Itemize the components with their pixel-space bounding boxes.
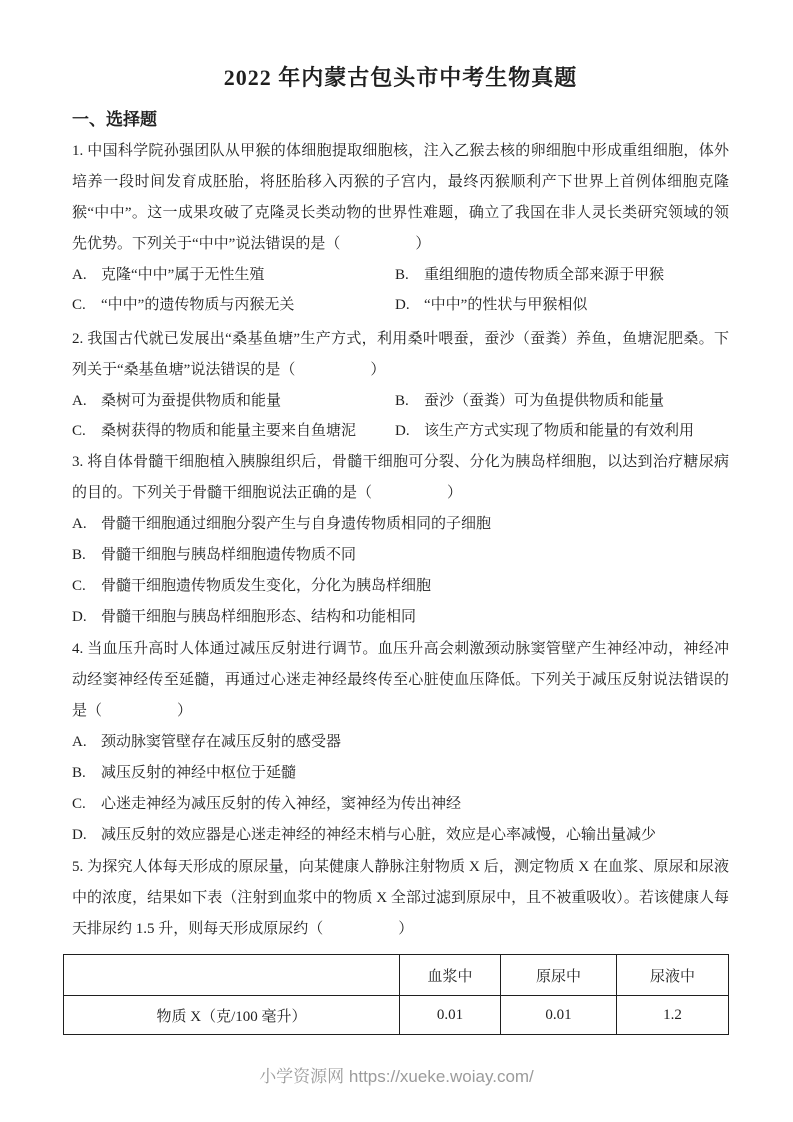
- substance-concentration-table: 血浆中 原尿中 尿液中 物质 X（克/100 毫升） 0.01 0.01 1.2: [63, 954, 729, 1035]
- question-4-options: A.颈动脉窦管壁存在减压反射的感受器 B.减压反射的神经中枢位于延髓 C.心迷走…: [72, 727, 729, 851]
- question-5: 5. 为探究人体每天形成的原尿量，向某健康人静脉注射物质 X 后，测定物质 X …: [72, 852, 729, 1035]
- option-text: “中中”的遗传物质与丙猴无关: [101, 297, 294, 313]
- table-corner-cell: [64, 955, 400, 996]
- option-label: C.: [72, 416, 94, 446]
- option-text: 克隆“中中”属于无性生殖: [101, 267, 264, 283]
- question-1-option-b: B.重组细胞的遗传物质全部来源于甲猴: [395, 260, 664, 290]
- option-text: 桑树获得的物质和能量主要来自鱼塘泥: [101, 423, 356, 439]
- question-2-option-c: C.桑树获得的物质和能量主要来自鱼塘泥: [72, 416, 395, 446]
- question-1: 1. 中国科学院孙强团队从甲猴的体细胞提取细胞核，注入乙猴去核的卵细胞中形成重组…: [72, 136, 729, 320]
- question-2-option-d: D.该生产方式实现了物质和能量的有效利用: [395, 416, 694, 446]
- table-header-row: 血浆中 原尿中 尿液中: [64, 955, 729, 996]
- watermark-footer: 小学资源网 https://xueke.woiay.com/: [0, 1062, 793, 1087]
- footer-site-link[interactable]: 小学资源网 https://xueke.woiay.com/: [259, 1067, 534, 1086]
- table-header-urine: 尿液中: [617, 955, 729, 996]
- question-2: 2. 我国古代就已发展出“桑基鱼塘”生产方式，利用桑叶喂蚕，蚕沙（蚕粪）养鱼，鱼…: [72, 324, 729, 446]
- option-row: A.克隆“中中”属于无性生殖 B.重组细胞的遗传物质全部来源于甲猴: [72, 260, 729, 290]
- option-text: 颈动脉窦管壁存在减压反射的感受器: [101, 734, 341, 750]
- question-4-stem: 4. 当血压升高时人体通过减压反射进行调节。血压升高会刺激颈动脉窦管壁产生神经冲…: [72, 634, 729, 727]
- option-label: B.: [72, 758, 94, 789]
- question-3-option-d: D.骨髓干细胞与胰岛样细胞形态、结构和功能相同: [72, 602, 729, 633]
- option-label: D.: [395, 416, 417, 446]
- question-4-option-a: A.颈动脉窦管壁存在减压反射的感受器: [72, 727, 729, 758]
- option-row: C.桑树获得的物质和能量主要来自鱼塘泥 D.该生产方式实现了物质和能量的有效利用: [72, 416, 729, 446]
- question-1-stem: 1. 中国科学院孙强团队从甲猴的体细胞提取细胞核，注入乙猴去核的卵细胞中形成重组…: [72, 136, 729, 260]
- option-text: 骨髓干细胞与胰岛样细胞形态、结构和功能相同: [101, 609, 416, 625]
- option-label: A.: [72, 260, 94, 290]
- option-row: C.“中中”的遗传物质与丙猴无关 D.“中中”的性状与甲猴相似: [72, 290, 729, 320]
- question-2-option-a: A.桑树可为蚕提供物质和能量: [72, 386, 395, 416]
- table-value-plasma: 0.01: [400, 996, 501, 1035]
- question-3: 3. 将自体骨髓干细胞植入胰腺组织后，骨髓干细胞可分裂、分化为胰岛样细胞，以达到…: [72, 447, 729, 633]
- page-title: 2022 年内蒙古包头市中考生物真题: [72, 0, 729, 93]
- question-4-option-d: D.减压反射的效应器是心迷走神经的神经末梢与心脏，效应是心率减慢，心输出量减少: [72, 820, 729, 851]
- question-3-option-b: B.骨髓干细胞与胰岛样细胞遗传物质不同: [72, 540, 729, 571]
- option-text: 减压反射的效应器是心迷走神经的神经末梢与心脏，效应是心率减慢，心输出量减少: [101, 827, 656, 843]
- table-value-primary-urine: 0.01: [501, 996, 617, 1035]
- question-2-stem: 2. 我国古代就已发展出“桑基鱼塘”生产方式，利用桑叶喂蚕，蚕沙（蚕粪）养鱼，鱼…: [72, 324, 729, 386]
- question-3-stem: 3. 将自体骨髓干细胞植入胰腺组织后，骨髓干细胞可分裂、分化为胰岛样细胞，以达到…: [72, 447, 729, 509]
- option-label: C.: [72, 789, 94, 820]
- option-label: B.: [72, 540, 94, 571]
- section-heading-choice: 一、选择题: [72, 107, 729, 132]
- exam-page: 2022 年内蒙古包头市中考生物真题 一、选择题 1. 中国科学院孙强团队从甲猴…: [0, 0, 793, 1122]
- question-2-option-b: B.蚕沙（蚕粪）可为鱼提供物质和能量: [395, 386, 664, 416]
- option-text: 骨髓干细胞与胰岛样细胞遗传物质不同: [101, 547, 356, 563]
- option-text: 该生产方式实现了物质和能量的有效利用: [424, 423, 694, 439]
- question-2-options: A.桑树可为蚕提供物质和能量 B.蚕沙（蚕粪）可为鱼提供物质和能量 C.桑树获得…: [72, 386, 729, 446]
- option-label: A.: [72, 727, 94, 758]
- option-label: B.: [395, 386, 417, 416]
- question-1-option-c: C.“中中”的遗传物质与丙猴无关: [72, 290, 395, 320]
- option-label: D.: [395, 290, 417, 320]
- option-row: A.桑树可为蚕提供物质和能量 B.蚕沙（蚕粪）可为鱼提供物质和能量: [72, 386, 729, 416]
- question-3-option-a: A.骨髓干细胞通过细胞分裂产生与自身遗传物质相同的子细胞: [72, 509, 729, 540]
- option-text: 桑树可为蚕提供物质和能量: [101, 393, 281, 409]
- question-5-stem: 5. 为探究人体每天形成的原尿量，向某健康人静脉注射物质 X 后，测定物质 X …: [72, 852, 729, 945]
- table-value-urine: 1.2: [617, 996, 729, 1035]
- question-3-options: A.骨髓干细胞通过细胞分裂产生与自身遗传物质相同的子细胞 B.骨髓干细胞与胰岛样…: [72, 509, 729, 633]
- question-4-option-c: C.心迷走神经为减压反射的传入神经，窦神经为传出神经: [72, 789, 729, 820]
- option-label: C.: [72, 571, 94, 602]
- option-label: C.: [72, 290, 94, 320]
- option-text: 骨髓干细胞通过细胞分裂产生与自身遗传物质相同的子细胞: [101, 516, 491, 532]
- table-data-row: 物质 X（克/100 毫升） 0.01 0.01 1.2: [64, 996, 729, 1035]
- table-header-plasma: 血浆中: [400, 955, 501, 996]
- option-text: 心迷走神经为减压反射的传入神经，窦神经为传出神经: [101, 796, 461, 812]
- option-label: D.: [72, 602, 94, 633]
- option-text: “中中”的性状与甲猴相似: [424, 297, 587, 313]
- question-1-option-a: A.克隆“中中”属于无性生殖: [72, 260, 395, 290]
- option-text: 重组细胞的遗传物质全部来源于甲猴: [424, 267, 664, 283]
- option-text: 蚕沙（蚕粪）可为鱼提供物质和能量: [424, 393, 664, 409]
- table-row-label: 物质 X（克/100 毫升）: [64, 996, 400, 1035]
- option-label: A.: [72, 386, 94, 416]
- question-1-option-d: D.“中中”的性状与甲猴相似: [395, 290, 587, 320]
- option-text: 骨髓干细胞遗传物质发生变化，分化为胰岛样细胞: [101, 578, 431, 594]
- question-4-option-b: B.减压反射的神经中枢位于延髓: [72, 758, 729, 789]
- table-header-primary-urine: 原尿中: [501, 955, 617, 996]
- option-label: B.: [395, 260, 417, 290]
- option-text: 减压反射的神经中枢位于延髓: [101, 765, 296, 781]
- option-label: D.: [72, 820, 94, 851]
- question-4: 4. 当血压升高时人体通过减压反射进行调节。血压升高会刺激颈动脉窦管壁产生神经冲…: [72, 634, 729, 851]
- question-3-option-c: C.骨髓干细胞遗传物质发生变化，分化为胰岛样细胞: [72, 571, 729, 602]
- question-1-options: A.克隆“中中”属于无性生殖 B.重组细胞的遗传物质全部来源于甲猴 C.“中中”…: [72, 260, 729, 320]
- document-body: 2022 年内蒙古包头市中考生物真题 一、选择题 1. 中国科学院孙强团队从甲猴…: [0, 0, 793, 1035]
- option-label: A.: [72, 509, 94, 540]
